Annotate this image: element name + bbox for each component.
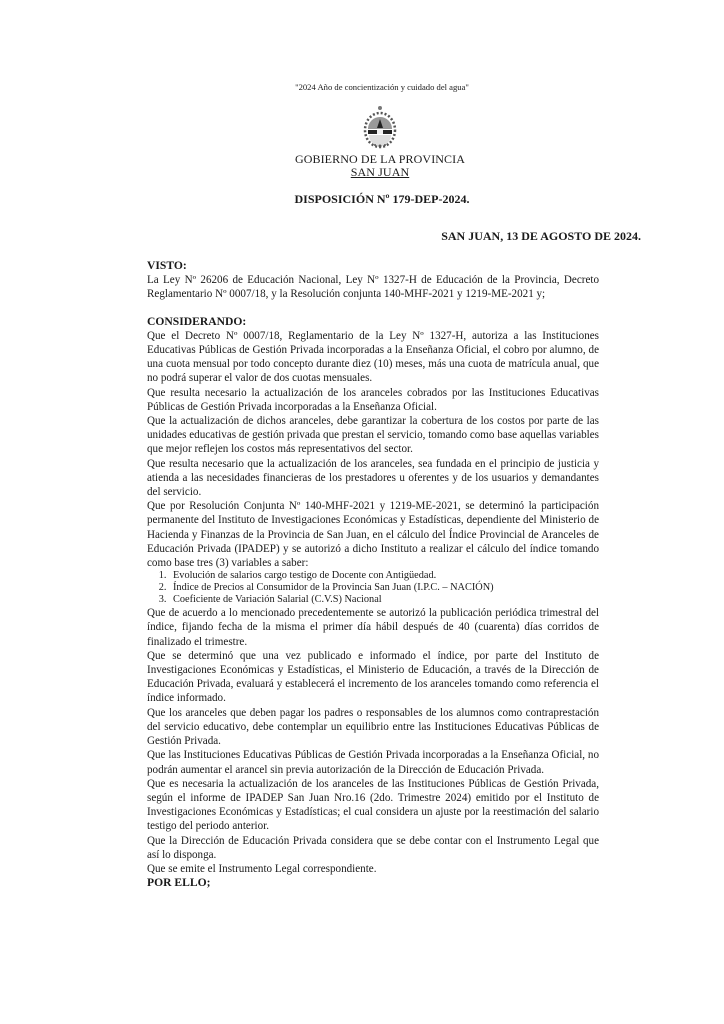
considerando-paragraph: Que los aranceles que deben pagar los pa… [147,706,599,749]
considerando-paragraph: Que resulta necesario la actualización d… [147,386,599,414]
disposition-number: DISPOSICIÓN Nº 179-DEP-2024. [0,192,724,207]
considerando-paragraph: Que las Instituciones Educativas Pública… [147,748,599,776]
visto-text: La Ley Nº 26206 de Educación Nacional, L… [147,273,599,301]
government-header: GOBIERNO DE LA PROVINCIA SAN JUAN [0,153,724,179]
year-motto: "2024 Año de concientización y cuidado d… [0,82,724,92]
document-date: SAN JUAN, 13 DE AGOSTO DE 2024. [441,229,641,244]
considerando-heading: CONSIDERANDO: [147,315,599,329]
variables-list: Evolución de salarios cargo testigo de D… [147,570,599,606]
considerando-paragraph: Que de acuerdo a lo mencionado precedent… [147,606,599,649]
document-page: "2024 Año de concientización y cuidado d… [0,0,724,1024]
variable-item: Índice de Precios al Consumidor de la Pr… [169,582,599,594]
considerando-paragraph: Que la actualización de dichos aranceles… [147,414,599,457]
considerando-paragraph: Que el Decreto Nº 0007/18, Reglamentario… [147,329,599,386]
considerando-paragraph: Que se determinó que una vez publicado e… [147,649,599,706]
coat-of-arms-icon [360,104,400,152]
considerando-paragraph: Que la Dirección de Educación Privada co… [147,834,599,862]
considerando-paragraph: Que se emite el Instrumento Legal corres… [147,862,599,876]
considerando-paragraph: Que por Resolución Conjunta Nº 140-MHF-2… [147,499,599,570]
variable-item: Coeficiente de Variación Salarial (C.V.S… [169,594,599,606]
considerando-paragraph: Que resulta necesario que la actualizaci… [147,457,599,500]
variable-item: Evolución de salarios cargo testigo de D… [169,570,599,582]
province-name: SAN JUAN [36,166,724,179]
considerando-paragraph: Que es necesaria la actualización de los… [147,777,599,834]
document-body: VISTO: La Ley Nº 26206 de Educación Naci… [147,259,599,890]
visto-heading: VISTO: [147,259,599,273]
por-ello-heading: POR ELLO; [147,876,599,890]
